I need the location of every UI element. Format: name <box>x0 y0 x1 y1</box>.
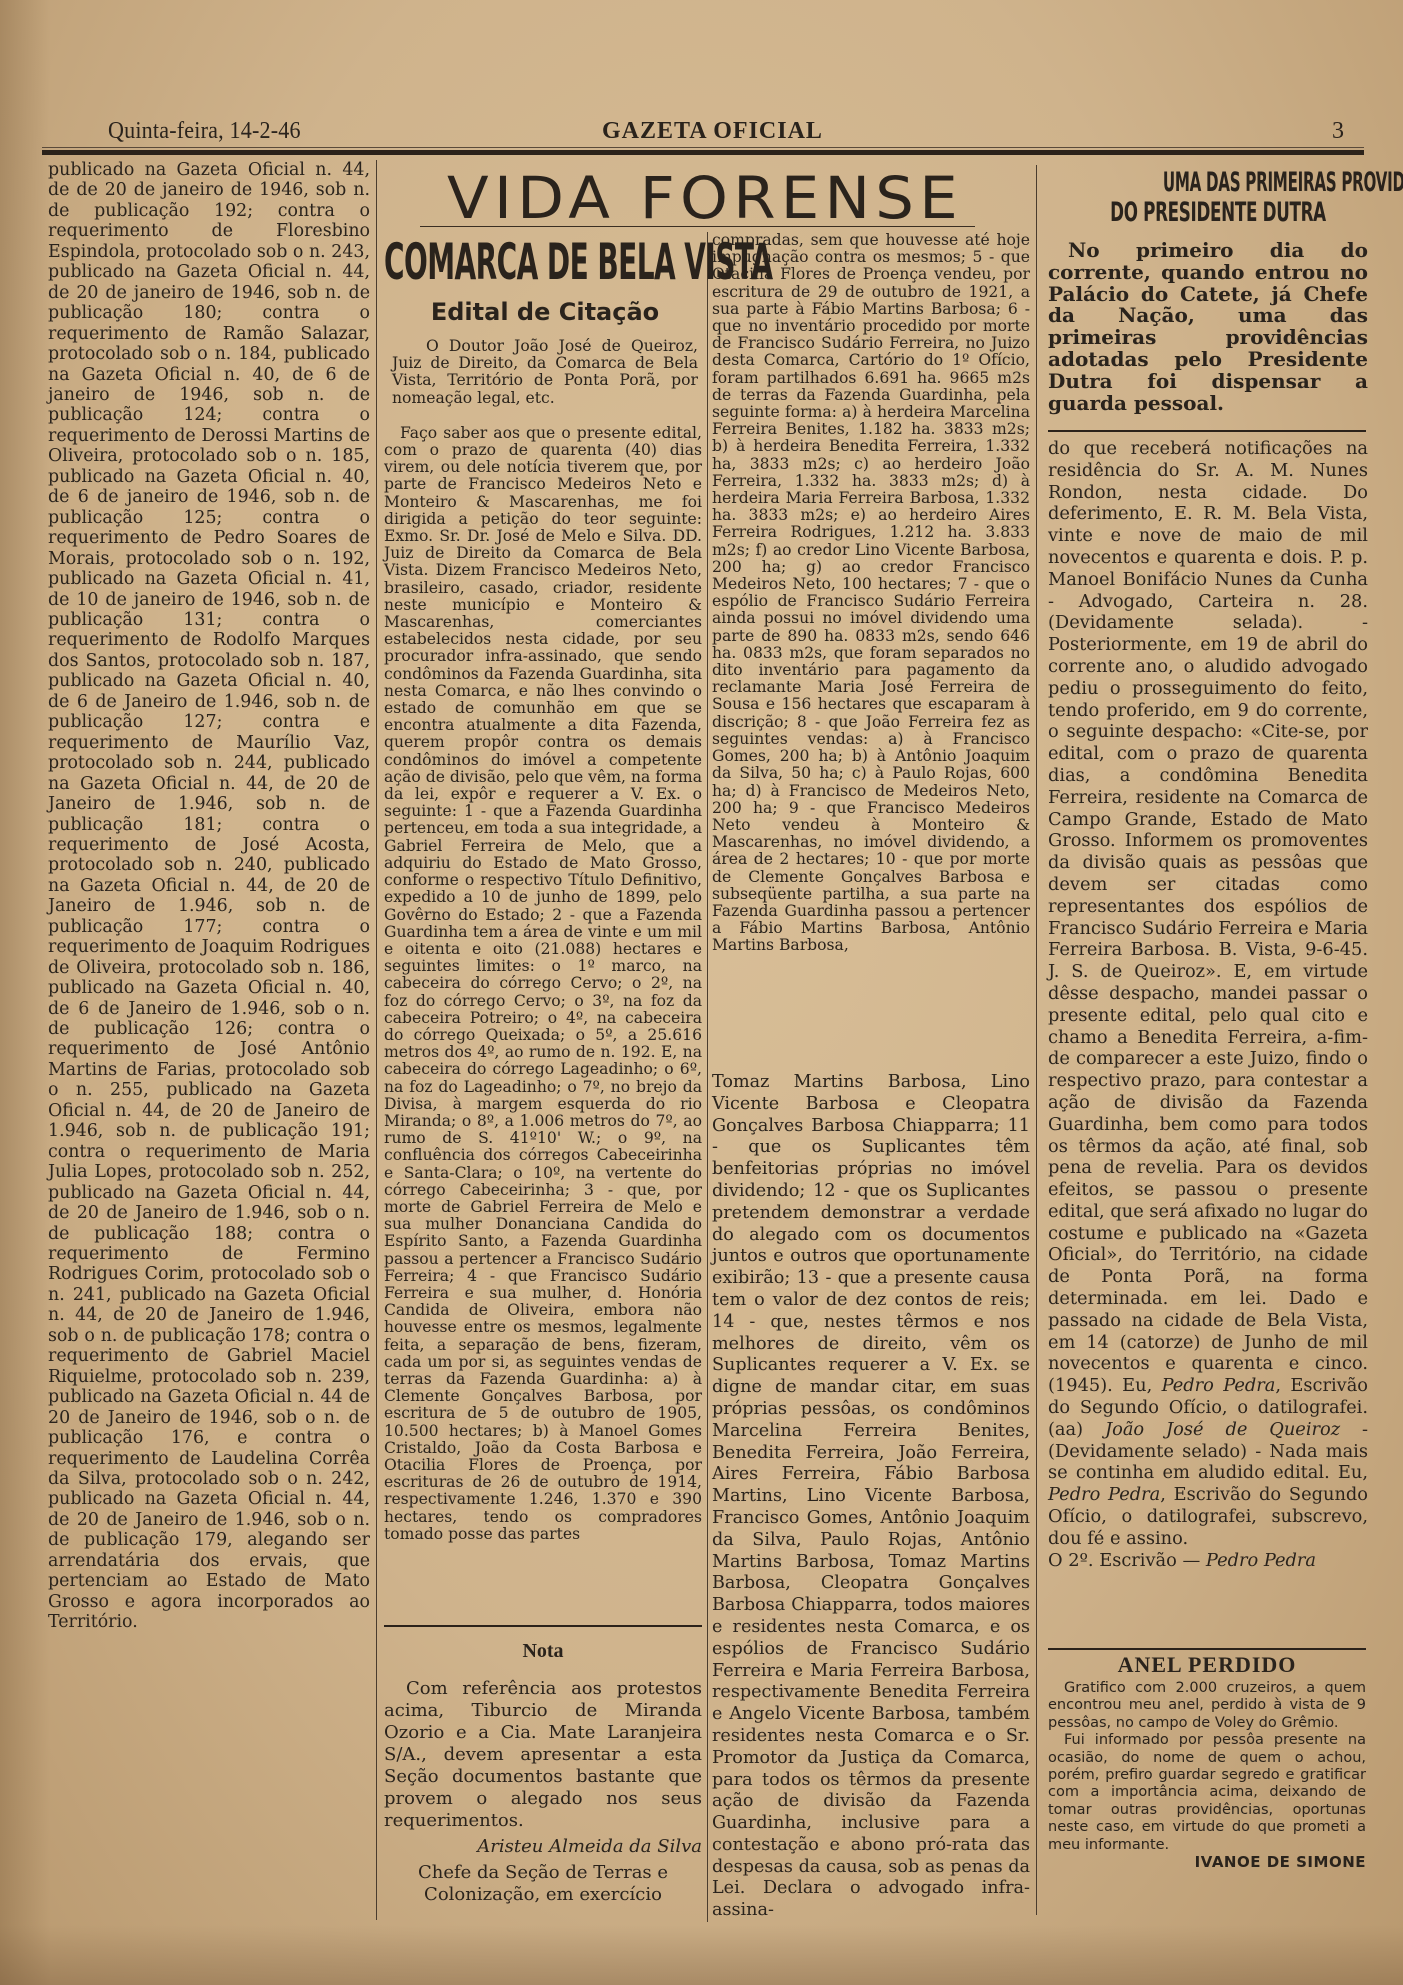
dutra-headline-line1: UMA DAS PRIMEIRAS PROVIDÊNCIAS <box>1163 168 1403 198</box>
anel-signature: IVANOE DE SIMONE <box>1048 1854 1366 1871</box>
column-divider <box>376 160 377 1920</box>
section-rule <box>420 226 975 227</box>
dutra-article: No primeiro dia do corrente, quando entr… <box>1048 240 1368 414</box>
edital-conclusion: do que receberá notificações na residênc… <box>1048 438 1368 1550</box>
nota-signer-role: Chefe da Seção de Terras e Colonização, … <box>384 1862 702 1906</box>
anel-classified: Gratifico com 2.000 cruzeiros, a quem en… <box>1048 1680 1366 1871</box>
newspaper-page: Quinta-feira, 14-2-46 GAZETA OFICIAL 3 p… <box>0 0 1403 1985</box>
article-continuation-column: publicado na Gazeta Oficial n. 44, de de… <box>48 160 370 1633</box>
dutra-headline-line2: DO PRESIDENTE DUTRA <box>1110 198 1326 228</box>
issue-date: Quinta-feira, 14-2-46 <box>108 118 301 145</box>
nota-article: Com referência aos protestos acima, Tibu… <box>384 1678 702 1906</box>
edital-intro: O Doutor João José de Queiroz, Juiz de D… <box>384 338 702 407</box>
nota-signature: Aristeu Almeida da Silva <box>384 1836 702 1858</box>
comarca-headline: COMARCA DE BELA VISTA <box>384 232 706 292</box>
nota-rule <box>384 1625 702 1627</box>
section-title: VIDA FORENSE <box>364 168 1047 228</box>
judge-signature: João José de Queiroz <box>1105 1419 1340 1440</box>
nota-title: Nota <box>384 1640 702 1663</box>
edital-column-3: do que receberá notificações na residênc… <box>1048 438 1368 1571</box>
page-number: 3 <box>1332 118 1344 145</box>
dutra-body: No primeiro dia do corrente, quando entr… <box>1048 240 1368 414</box>
edital-column-1: O Doutor João José de Queiroz, Juiz de D… <box>384 338 702 1543</box>
edital-column-2-lower: Tomaz Martins Barbosa, Lino Vicente Barb… <box>712 1072 1030 1922</box>
edital-closing: O 2º. Escrivão — Pedro Pedra <box>1048 1550 1368 1572</box>
anel-paragraph: Gratifico com 2.000 cruzeiros, a quem en… <box>1048 1680 1366 1732</box>
publication-title: GAZETA OFICIAL <box>602 118 823 145</box>
header-rule-thin <box>42 147 1364 148</box>
edital-body-continued: Tomaz Martins Barbosa, Lino Vicente Barb… <box>712 1072 1030 1922</box>
masthead: Quinta-feira, 14-2-46 GAZETA OFICIAL 3 <box>42 118 1364 148</box>
page-shadow-left <box>0 0 50 1985</box>
closing-signature: Pedro Pedra <box>1206 1550 1316 1571</box>
edital-body-continued: compradas, sem que houvesse até hoje imp… <box>712 232 1030 955</box>
dutra-rule <box>1048 430 1366 432</box>
closing-label: O 2º. Escrivão — <box>1048 1550 1206 1571</box>
edital-body: Faço saber aos que o presente edital, co… <box>384 425 702 1543</box>
anel-rule <box>1048 1648 1366 1650</box>
scribe-name: Pedro Pedra <box>1162 1375 1276 1396</box>
anel-title: ANEL PERDIDO <box>1048 1652 1366 1678</box>
edital-title: Edital de Citação <box>384 298 706 326</box>
nota-body: Com referência aos protestos acima, Tibu… <box>384 1678 702 1832</box>
anel-paragraph: Fui informado por pessôa presente na oca… <box>1048 1732 1366 1854</box>
header-rule <box>42 150 1364 155</box>
scribe-name: Pedro Pedra <box>1048 1484 1160 1505</box>
edital-conclusion-text: do que receberá notificações na residênc… <box>1048 438 1368 1396</box>
edital-column-2: compradas, sem que houvesse até hoje imp… <box>712 232 1030 955</box>
dutra-headline: UMA DAS PRIMEIRAS PROVIDÊNCIAS DO PRESID… <box>1044 168 1369 228</box>
column-divider <box>707 232 708 1922</box>
page-shadow-bottom <box>0 1925 1403 1985</box>
column-divider <box>1036 165 1037 1915</box>
article-text: publicado na Gazeta Oficial n. 44, de de… <box>48 160 370 1633</box>
